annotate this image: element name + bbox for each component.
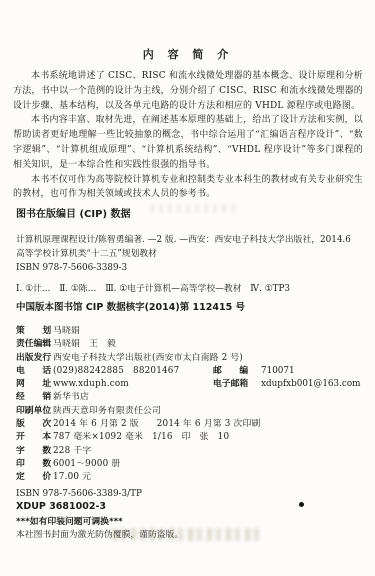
colophon-row-format: 开 本787 毫米×1092 毫米 1/16 印 张 10 — [16, 431, 364, 444]
colophon-value: 新华书店 — [53, 392, 89, 402]
colophon-label: 策 划 — [16, 325, 53, 338]
cip-record-number: 中国版本图书馆 CIP 数据核字(2014)第 112415 号 — [16, 301, 364, 315]
colophon-value: www.xduph.com — [53, 379, 129, 389]
colophon-value: 陕西天意印务有限责任公司 — [53, 406, 161, 416]
cip-heading: 图书在版编目 (CIP) 数据 — [16, 205, 364, 220]
cip-classification-line: Ⅰ. ①计… Ⅱ. ①陈… Ⅲ. ①电子计算机—高等学校—教材 Ⅳ. ①TP3 — [16, 283, 364, 296]
bleed-through-smudge — [112, 528, 262, 541]
colophon-row-phone: 电 话(029)88242885 88201467 邮 编710071 — [16, 365, 364, 378]
summary-paragraph-2: 本书内容丰富、取材先进，在阐述基本原理的基础上，给出了设计方法和实例，以帮助读者… — [13, 113, 363, 172]
ink-dot — [299, 502, 304, 507]
colophon-label: 定 价 — [16, 471, 53, 484]
colophon-label-postcode: 邮 编 — [213, 365, 248, 378]
book-copyright-page: 内 容 简 介 本书系统地讲述了 CISC、RISC 和流水线微处理器的基本概念… — [0, 0, 375, 576]
xdup-code-line: XDUP 3681002-3 — [16, 501, 364, 513]
colophon-label: 责任编辑 — [16, 338, 53, 351]
cip-isbn-line: ISBN 978-7-5606-3389-3 — [16, 261, 364, 275]
colophon-value: 17.00 元 — [53, 472, 91, 482]
colophon-label-email: 电子邮箱 — [213, 378, 248, 391]
colophon-value: 228 千字 — [53, 446, 91, 456]
colophon-row-printrun: 印 数6001～9000 册 — [16, 458, 364, 471]
colophon-value-postcode: 710071 — [261, 365, 295, 378]
colophon-section: 策 划马晓娟 责任编辑马晓娟 王 毅 出版发行西安电子科技大学出版社(西安市太白… — [16, 325, 364, 541]
cip-series-line: 高等学校计算机类“十二五”规划教材 — [16, 247, 364, 261]
colophon-row-edition: 版 次2014 年 6 月第 2 版 2014 年 6 月第 3 次印刷 — [16, 418, 364, 431]
colophon-label: 印刷单位 — [16, 405, 53, 418]
colophon-row-price: 定 价17.00 元 — [16, 471, 364, 484]
summary-title: 内 容 简 介 — [13, 46, 363, 62]
colophon-label: 网 址 — [16, 378, 53, 391]
colophon-label: 经 销 — [16, 391, 53, 404]
isbn-tp-line: ISBN 978-7-5606-3389-3/TP — [16, 488, 364, 500]
colophon-label: 出版发行 — [16, 352, 53, 365]
content-summary-section: 内 容 简 介 本书系统地讲述了 CISC、RISC 和流水线微处理器的基本概念… — [13, 46, 363, 202]
colophon-row-editor: 责任编辑马晓娟 王 毅 — [16, 338, 364, 351]
colophon-row-planner: 策 划马晓娟 — [16, 325, 364, 338]
summary-paragraph-1: 本书系统地讲述了 CISC、RISC 和流水线微处理器的基本概念、设计原理和分析… — [13, 69, 363, 113]
colophon-label: 开 本 — [16, 431, 53, 444]
cip-data-section: 图书在版编目 (CIP) 数据 计算机原理课程设计/陈智勇编著. —2 版. —… — [16, 205, 364, 315]
colophon-value: (029)88242885 88201467 — [53, 366, 179, 376]
colophon-label: 电 话 — [16, 365, 53, 378]
colophon-row-website: 网 址www.xduph.com 电子邮箱xdupfxb001@163.com — [16, 378, 364, 391]
colophon-label: 印 数 — [16, 458, 53, 471]
colophon-value: 787 毫米×1092 毫米 1/16 印 张 10 — [53, 432, 229, 442]
colophon-row-distributor: 经 销新华书店 — [16, 391, 364, 404]
colophon-value: 西安电子科技大学出版社(西安市太白南路 2 号) — [53, 353, 243, 363]
colophon-value: 2014 年 6 月第 2 版 2014 年 6 月第 3 次印刷 — [53, 419, 261, 429]
colophon-value-email: xdupfxb001@163.com — [261, 378, 360, 391]
colophon-value: 6001～9000 册 — [53, 459, 120, 469]
colophon-value: 马晓娟 王 毅 — [53, 339, 116, 349]
cip-title-line: 计算机原理课程设计/陈智勇编著. —2 版. —西安：西安电子科技大学出版社，2… — [16, 233, 364, 247]
colophon-row-wordcount: 字 数228 千字 — [16, 445, 364, 458]
colophon-value: 马晓娟 — [53, 326, 80, 336]
colophon-row-printer: 印刷单位陕西天意印务有限责任公司 — [16, 405, 364, 418]
summary-paragraph-3: 本书不仅可作为高等院校计算机专业和控制类专业本科生的教材或有关专业研究生的教材，… — [13, 173, 363, 203]
colophon-row-publisher: 出版发行西安电子科技大学出版社(西安市太白南路 2 号) — [16, 352, 364, 365]
exchange-note: ***如有印装问题可调换*** — [16, 516, 364, 528]
colophon-label: 字 数 — [16, 445, 53, 458]
colophon-label: 版 次 — [16, 418, 53, 431]
